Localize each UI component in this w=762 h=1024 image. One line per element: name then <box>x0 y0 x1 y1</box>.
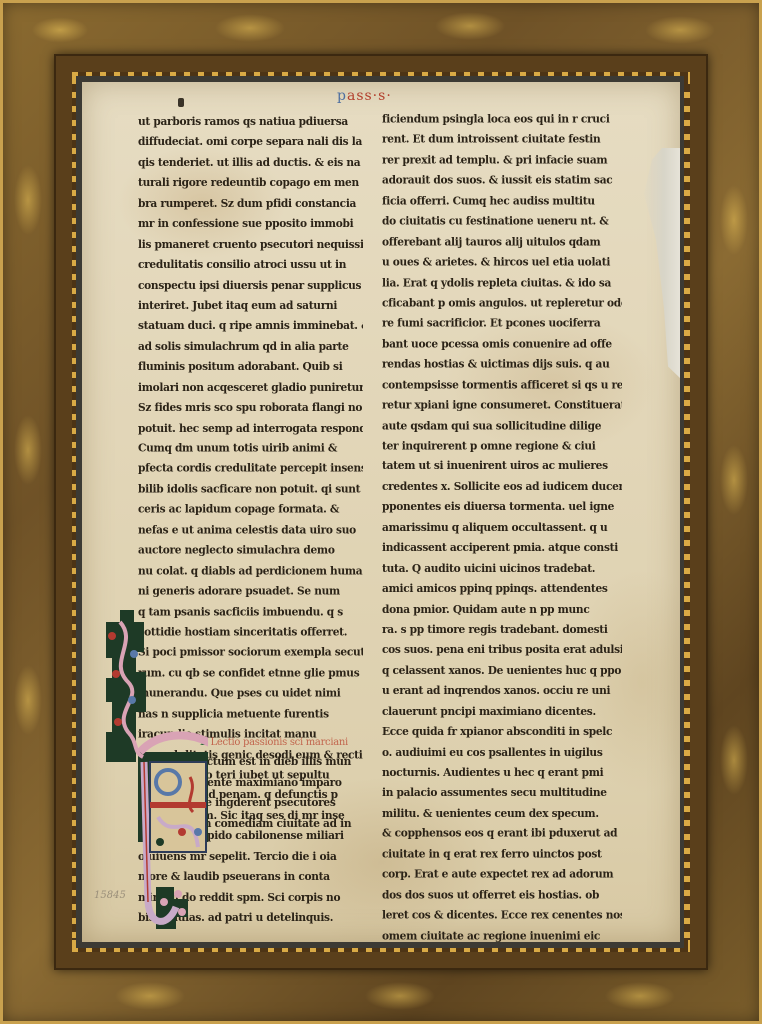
text-line: bra rumperet. Sz dum pfidi constancia <box>138 194 363 214</box>
text-line: qis tenderiet. ut illis ad ductis. & eis… <box>138 153 363 173</box>
text-line: lis pmaneret cruento psecutori nequissim… <box>138 235 363 255</box>
rubric-text: Lectio passionis sci marciani <box>211 737 348 749</box>
text-line: amarissimu q aliquem occultassent. q u <box>382 518 622 538</box>
text-line: ciuitate in q erat rex ferro uinctos pos… <box>382 845 622 865</box>
text-line: potuit. hec semp ad interrogata responde… <box>138 419 363 439</box>
text-line: mr in confessione sue pposito immobi <box>138 215 363 235</box>
text-line: offerebant alij tauros alij uitulos qdam <box>382 233 622 253</box>
text-line: tatem ut si inuenirent uiros ac mulieres <box>382 457 622 477</box>
text-line: retur xpiani igne consumeret. Constituer… <box>382 396 622 416</box>
text-line: auctore neglecto simulachra demo <box>138 541 363 561</box>
text-line: in palacio assumentes secu multitudine <box>382 784 622 804</box>
text-line: cficabant p omis angulos. ut repleretur … <box>382 294 622 314</box>
text-line: ra. s pp timore regis tradebant. domesti <box>382 620 622 640</box>
text-line: turali rigore redeuntib copago em men <box>138 174 363 194</box>
text-line: fluminis positum adorabant. Quib si <box>138 357 363 377</box>
text-line: diffudeciat. omi corpe separa nali dis l… <box>138 133 363 153</box>
ink-blot <box>178 98 184 107</box>
shelfmark: 15845 <box>94 890 126 901</box>
text-line: tuta. Q audito uicini uicinos tradebat. <box>382 559 622 579</box>
text-line: & copphensos eos q erant ibi pduxerut ad <box>382 824 622 844</box>
running-head: pass·s· <box>337 88 392 104</box>
text-line: aute qsdam qui sua sollicitudine dilige <box>382 416 622 436</box>
text-line: Ecce quida fr xpianor absconditi in spel… <box>382 722 622 742</box>
text-line: nefas e ut anima celestis data uiro suo <box>138 521 363 541</box>
text-line: clauerunt pncipi maximiano dicentes. <box>382 702 622 722</box>
text-line: rer prexit ad templu. & pri infacie suam <box>382 151 622 171</box>
text-line: ni generis adorare psuadet. Se num <box>138 582 363 602</box>
text-line: ceris ac lapidum copage formata. & <box>138 500 363 520</box>
text-line: Cumq dm unum totis uirib animi & <box>138 439 363 459</box>
text-line: ad solis simulachrum qd in alia parte <box>138 337 363 357</box>
text-line: nocturnis. Audientes u hec q erant pmi <box>382 763 622 783</box>
text-line: credulitatis consilio atroci ussu ut in <box>138 255 363 275</box>
text-line: Sz fides mris sco spu roborata flangi no <box>138 398 363 418</box>
text-line: q celassent xanos. De uenientes huc q pp… <box>382 661 622 681</box>
text-line: pponentes eis diuersa tormenta. uel igne <box>382 498 622 518</box>
text-line: contempsisse tormentis afficeret si qs u… <box>382 375 622 395</box>
text-line: adorauit dos suos. & iussit eis statim s… <box>382 171 622 191</box>
text-line: ficiendum psingla loca eos qui in r cruc… <box>382 110 622 130</box>
text-line: corp. Erat e aute expectet rex ad adorum <box>382 865 622 885</box>
text-line: cos suos. pena eni tribus posita erat ad… <box>382 641 622 661</box>
text-line: leret cos & dicentes. Ecce rex cenentes … <box>382 906 622 926</box>
text-line: indicassent acciperent pmia. atque const… <box>382 539 622 559</box>
text-line: rent. Et dum introissent ciuitate festin <box>382 131 622 151</box>
text-line: credentes x. Sollicite eos ad iudicem du… <box>382 478 622 498</box>
right-text-column: ficiendum psingla loca eos qui in r cruc… <box>382 110 622 942</box>
manuscript-leaf: pass·s· ut parboris ramos qs natiua pdiu… <box>82 82 680 942</box>
text-line: bant uoce pcessa omis conuenire ad offe <box>382 335 622 355</box>
text-line: nu colat. q diabls ad perdicionem huma <box>138 562 363 582</box>
text-line: ter inquirerent p omne regione & ciui <box>382 437 622 457</box>
text-line: do ciuitatis cu festinatione ueneru nt. … <box>382 212 622 232</box>
running-head-blue-letter: p <box>337 88 347 104</box>
text-line: conspectu ipsi diuersis penar supplicus <box>138 276 363 296</box>
text-line: bilib idolis sacficare non potuit. qi su… <box>138 480 363 500</box>
text-line: statuam duci. q ripe amnis imminebat. & <box>138 317 363 337</box>
text-line: rendas hostias & uictimas dijs suis. q a… <box>382 355 622 375</box>
parchment-damage <box>640 148 680 378</box>
text-line: u erant ad inqrendos xanos. occiu re uni <box>382 682 622 702</box>
text-line: ficia offerri. Cumq hec audiss multitu <box>382 192 622 212</box>
text-line: amici amicos ppinq ppinqs. attendentes <box>382 580 622 600</box>
text-line: interiret. Jubet itaq eum ad saturni <box>138 296 363 316</box>
text-line: omem ciuitate ac regione inuenimi eic <box>382 927 622 942</box>
text-line: lia. Erat q ydolis repleta ciuitas. & id… <box>382 273 622 293</box>
text-line: pfecta cordis credulitate percepit insen… <box>138 460 363 480</box>
running-head-red-text: ass·s· <box>347 88 392 104</box>
illuminated-initial-f <box>98 602 208 932</box>
text-line: u oues & arietes. & hircos uel etia uola… <box>382 253 622 273</box>
text-line: dos dos suos ut offerret eis hostias. ob <box>382 886 622 906</box>
text-line: ut parboris ramos qs natiua pdiuersa <box>138 113 363 133</box>
text-line: o. audiuimi eu cos psallentes in uigilus <box>382 743 622 763</box>
text-line: militu. & uenientes ceum dex specum. <box>382 804 622 824</box>
text-line: dona pmior. Quidam aute n pp munc <box>382 600 622 620</box>
text-line: imolari non acqesceret gladio puniretur. <box>138 378 363 398</box>
text-line: re fumi sacrificior. Et pcones uociferra <box>382 314 622 334</box>
